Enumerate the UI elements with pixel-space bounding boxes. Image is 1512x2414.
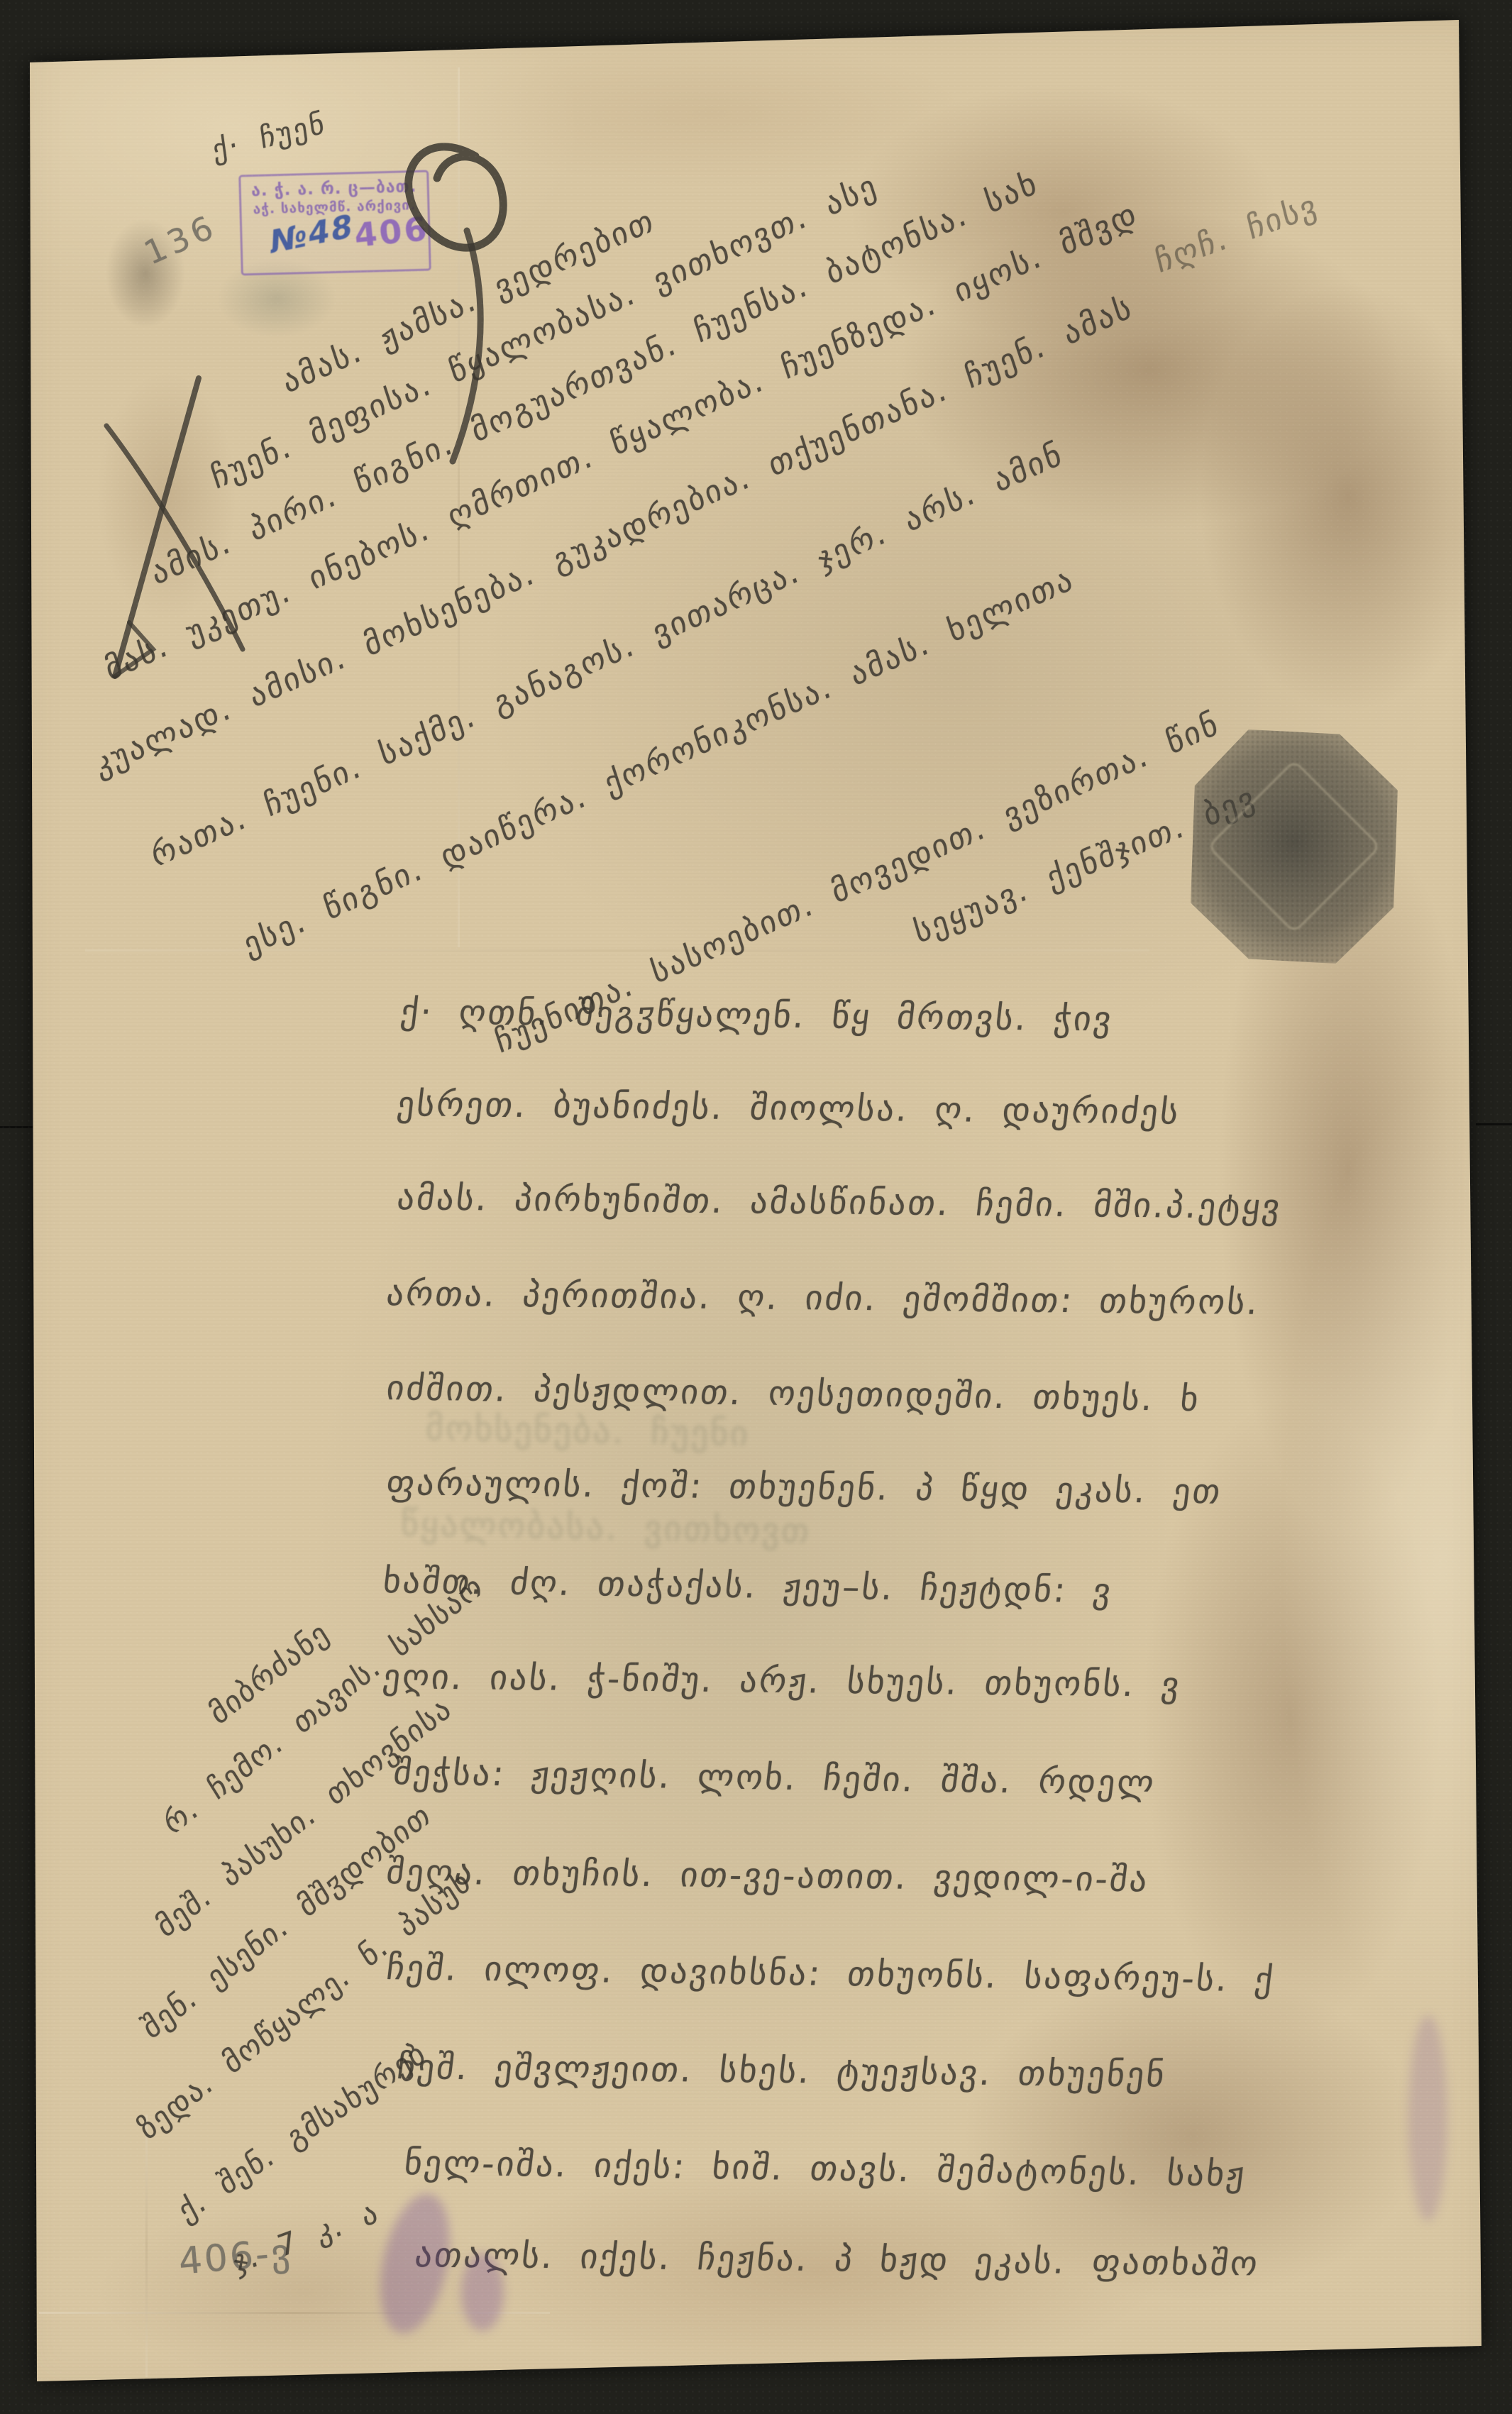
body-line: ხაშთ. ძღ. თაჭაქას. ჟეუ–ს. ჩეჟტდნ: ვ (381, 1561, 1115, 1611)
horizontal-crease (85, 949, 1149, 952)
paper-shadow: ა. ჭ. ა. რ. ც—ბათ. აჭ. სახელმწ. არქივი. … (0, 0, 1512, 2414)
body-line: ფარაულის. ქოშ: თხუენენ. პ წყდ ეკას. ეთ (385, 1463, 1225, 1511)
body-line: ჩეშ. ეშვლჟეით. სხეს. ტუეჟსავ. თხუენენ (395, 2047, 1169, 2095)
body-line: ნელ-იშა. იქეს: ხიშ. თავს. შემატონეს. სახ… (402, 2143, 1249, 2194)
pencil-number-top: 136 (138, 206, 223, 272)
ink-showthrough: წყალობასა. ვითხოვთ (401, 1504, 812, 1551)
body-line: შეჭსა: ჟეჟღის. ლოხ. ჩეში. შშა. რდელ (392, 1753, 1158, 1803)
body-line: ართა. პერითშია. ღ. იძი. ეშომშით: თხუროს. (385, 1274, 1262, 1323)
manuscript-scan: ა. ჭ. ა. რ. ც—ბათ. აჭ. სახელმწ. არქივი. … (0, 0, 1512, 2414)
body-line: ქ· ღთნ. შეგჳწყალენ. წყ მრთვს. ჭივ (399, 992, 1115, 1039)
vertical-crease (145, 2115, 148, 2377)
violet-smudge (1408, 2015, 1447, 2221)
violet-smudge (369, 2188, 461, 2339)
ink-showthrough: მოხსენება. ჩუენი (426, 1409, 751, 1454)
ink-seal (1191, 729, 1398, 964)
margin-line: ჯ. 7 კ. ა (230, 2194, 382, 2280)
body-line: ათალს. იქეს. ჩეჟნა. პ ხჟდ ეკას. ფათხაშო (413, 2235, 1262, 2283)
body-line: შეღა. თხუჩის. ით-ვე-ათით. ვედილ-ი-შა (385, 1852, 1152, 1900)
body-line: ეღი. იას. ჭ-ნიშუ. არჟ. სხუეს. თხუონს. ვ (381, 1657, 1183, 1705)
body-line: ჩეშ. ილოფ. დავიხსნა: თხუონს. საფარეუ-ს. … (385, 1948, 1277, 2000)
manuscript-page: ა. ჭ. ა. რ. ც—ბათ. აჭ. სახელმწ. არქივი. … (0, 0, 1512, 2414)
seal-inner-diamond (1207, 759, 1381, 934)
body-line: ამას. პირხუნიშთ. ამასწინათ. ჩემი. მში.პ.… (395, 1178, 1284, 1227)
violet-smudge (461, 2253, 504, 2331)
diagonal-line: ქ· ჩუენ (211, 106, 329, 167)
body-line: ესრეთ. ბუანიძეს. შიოლსა. ღ. დაურიძეს (395, 1084, 1183, 1132)
diagonal-line: ჩღჩ. ჩისვ (1152, 187, 1322, 280)
